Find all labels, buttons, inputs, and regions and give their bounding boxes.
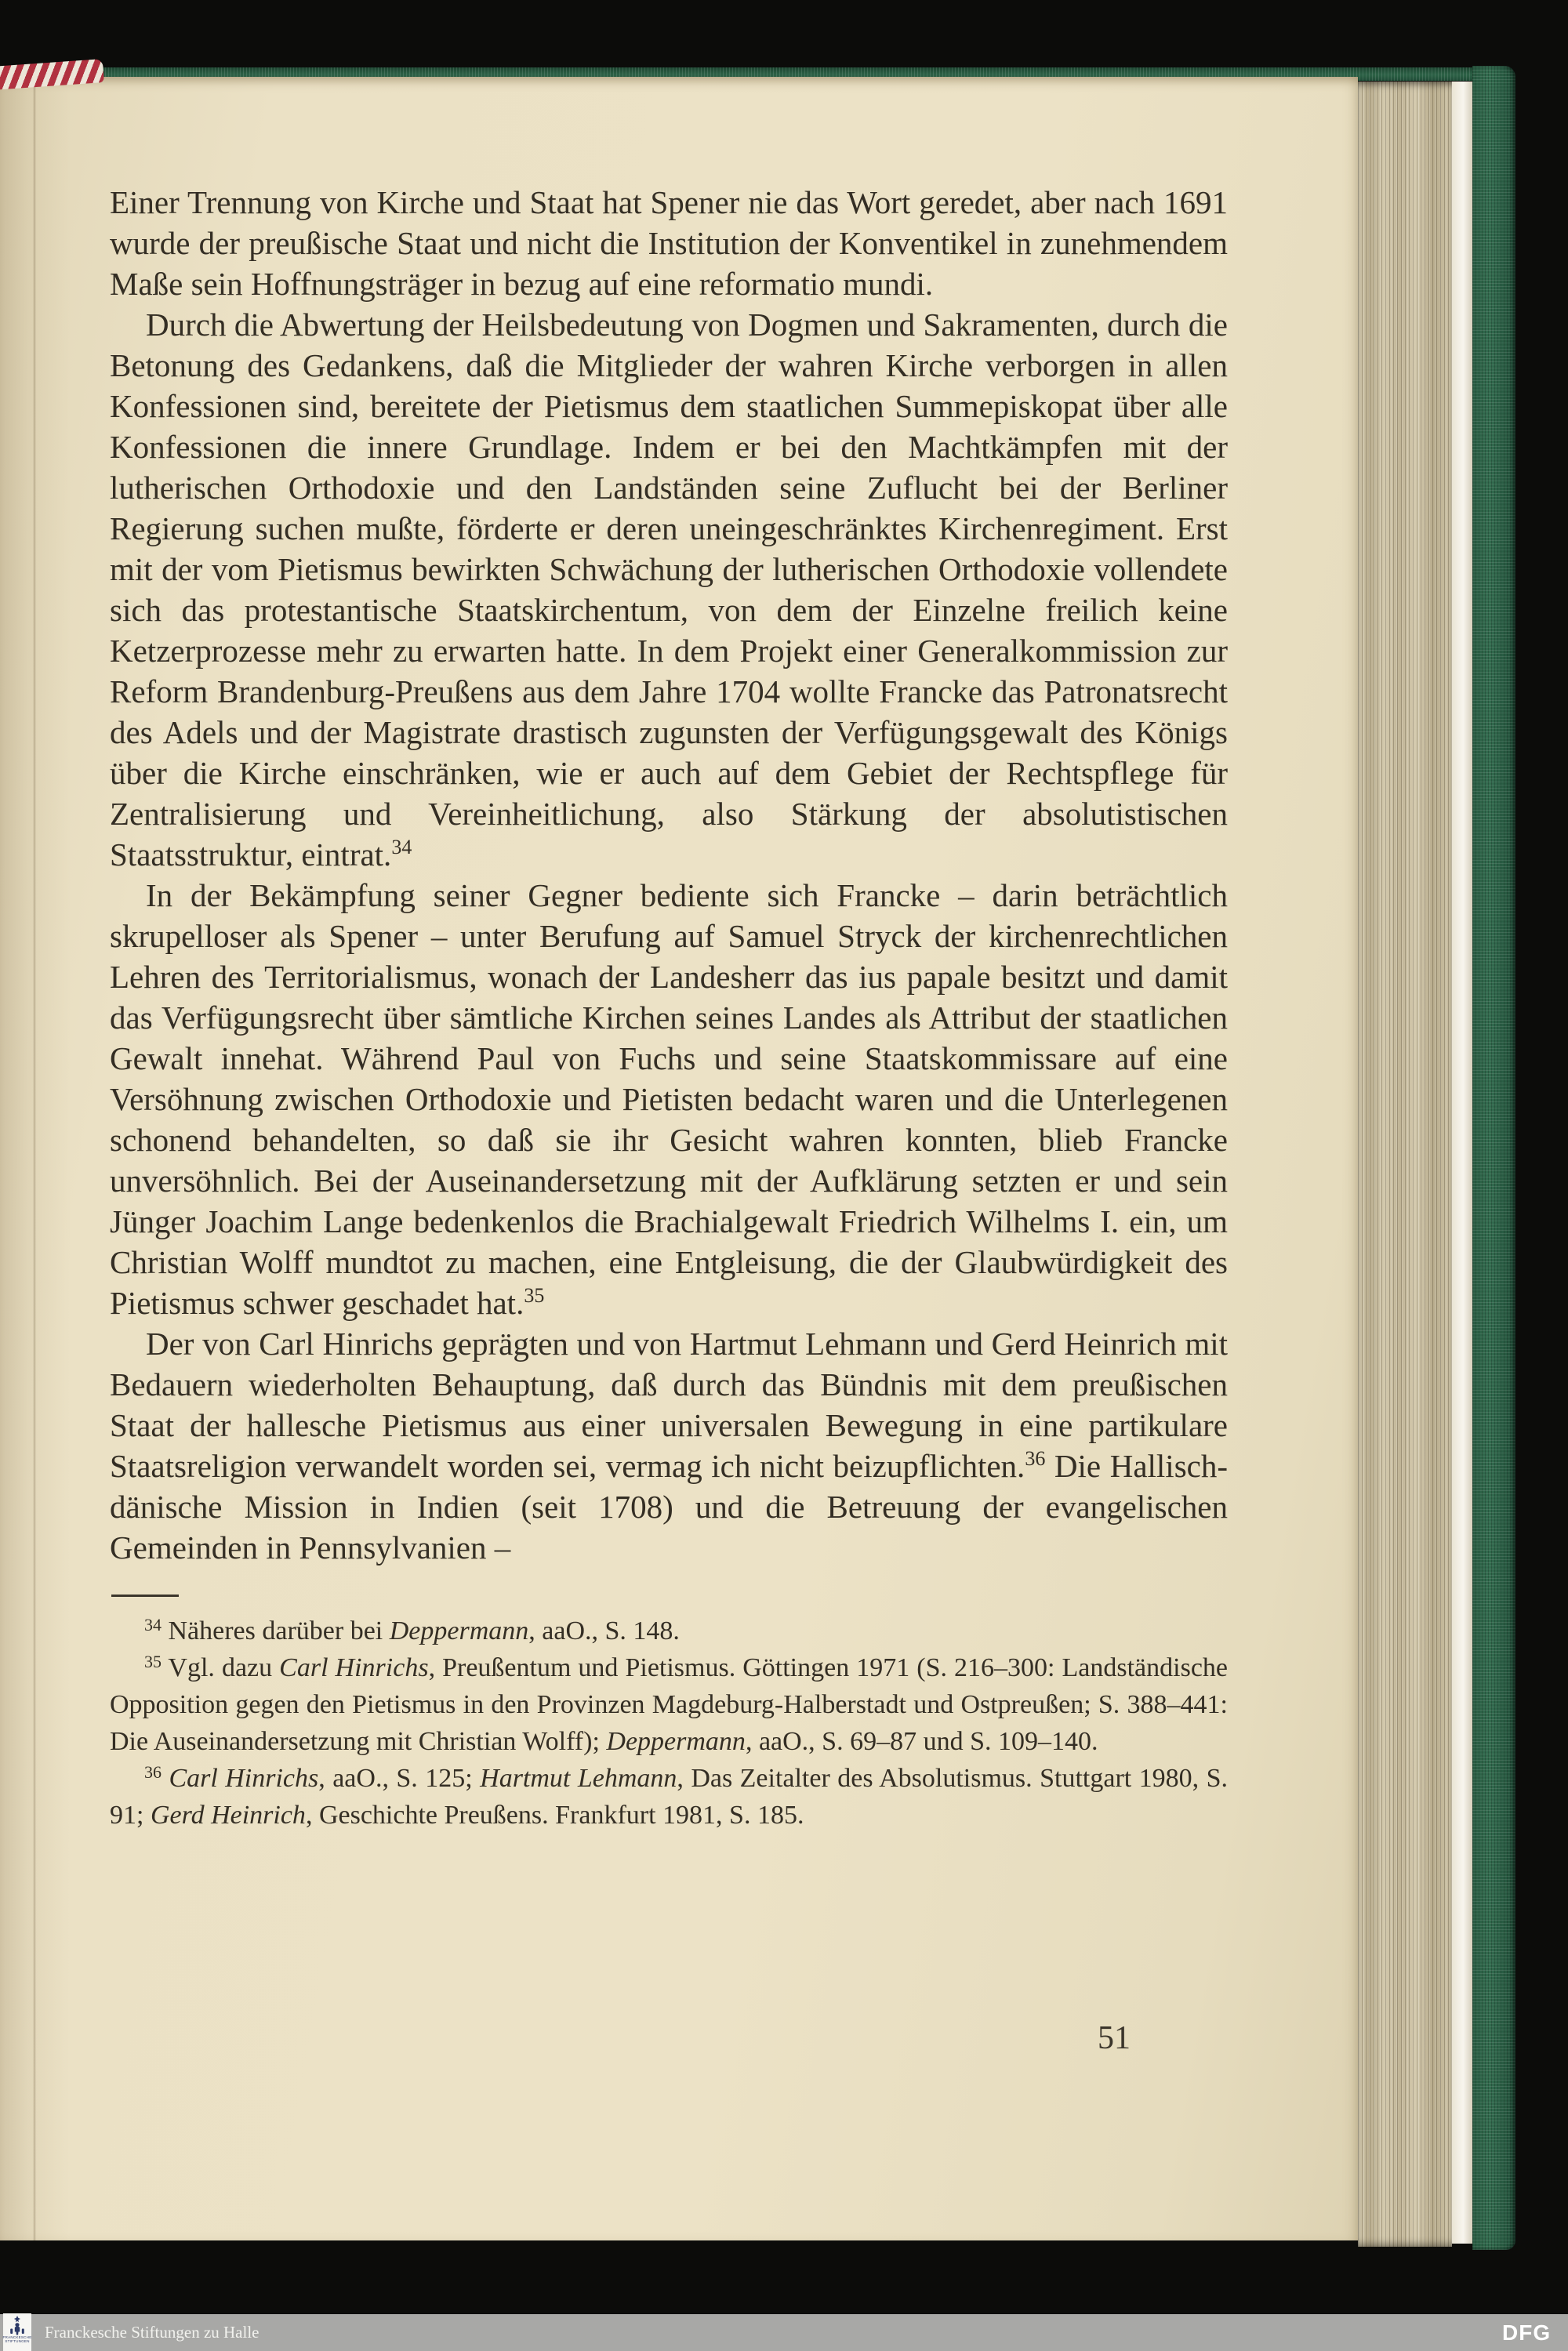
footnote: 36 Carl Hinrichs, aaO., S. 125; Hartmut … [110,1760,1228,1834]
text-segment: Deppermann [390,1616,529,1645]
endpaper-edge [1452,82,1472,2244]
text-segment: , aaO., S. 125; [318,1764,480,1793]
paragraph: In der Bekämpfung seiner Gegner bediente… [110,875,1228,1323]
footnote: 35 Vgl. dazu Carl Hinrichs, Preußentum u… [110,1649,1228,1760]
institution-logo: FRANCKESCHE STIFTUNGEN [3,2313,31,2351]
footnote-ref: 35 [524,1284,544,1307]
footnote-ref: 34 [391,836,412,858]
book-cover-right-edge [1472,66,1515,2250]
text-segment: In der Bekämpfung seiner Gegner bediente… [110,877,1228,1321]
dfg-logo: DFG [1502,2314,1551,2351]
text-segment: Carl Hinrichs [279,1653,428,1682]
paragraph: Durch die Abwertung der Heilsbedeutung v… [110,304,1228,875]
text-segment: Gerd Heinrich [151,1801,306,1830]
body-text: Einer Trennung von Kirche und Staat hat … [110,182,1228,1568]
book-page: Einer Trennung von Kirche und Staat hat … [0,77,1358,2240]
footnote-marker: 34 [144,1615,162,1634]
figure-under-sun-icon [7,2315,27,2335]
gutter-crease [33,77,36,2240]
footer-institution-label: Franckesche Stiftungen zu Halle [45,2314,260,2351]
footnote: 34 Näheres darüber bei Deppermann, aaO.,… [110,1613,1228,1649]
text-segment: Einer Trennung von Kirche und Staat hat … [110,184,1228,302]
page-block-fore-edge [1358,82,1452,2247]
text-segment: Hartmut Lehmann [480,1764,677,1793]
footnote-marker: 36 [144,1762,162,1782]
page-number: 51 [1080,2019,1148,2057]
scanned-book-photo: Einer Trennung von Kirche und Staat hat … [0,0,1568,2351]
page-content: Einer Trennung von Kirche und Staat hat … [110,182,1228,1834]
text-segment: , Geschichte Preußens. Frankfurt 1981, S… [306,1801,804,1830]
digitization-footer-bar: FRANCKESCHE STIFTUNGEN Franckesche Stift… [0,2314,1568,2351]
paragraph: Der von Carl Hinrichs geprägten und von … [110,1323,1228,1568]
footnote-ref: 36 [1025,1447,1045,1470]
footnotes: 34 Näheres darüber bei Deppermann, aaO.,… [110,1613,1228,1834]
text-segment: Durch die Abwertung der Heilsbedeutung v… [110,307,1228,873]
text-segment: , aaO., S. 69–87 und S. 109–140. [746,1727,1098,1756]
text-segment: , aaO., S. 148. [528,1616,680,1645]
text-segment: Deppermann [606,1727,746,1756]
footnote-rule [111,1595,179,1597]
text-segment: Näheres darüber bei [162,1616,390,1645]
text-segment: Carl Hinrichs [169,1764,318,1793]
footnote-marker: 35 [144,1652,162,1671]
paragraph: Einer Trennung von Kirche und Staat hat … [110,182,1228,304]
logo-caption-line2: STIFTUNGEN [5,2339,29,2343]
text-segment: Vgl. dazu [162,1653,279,1682]
